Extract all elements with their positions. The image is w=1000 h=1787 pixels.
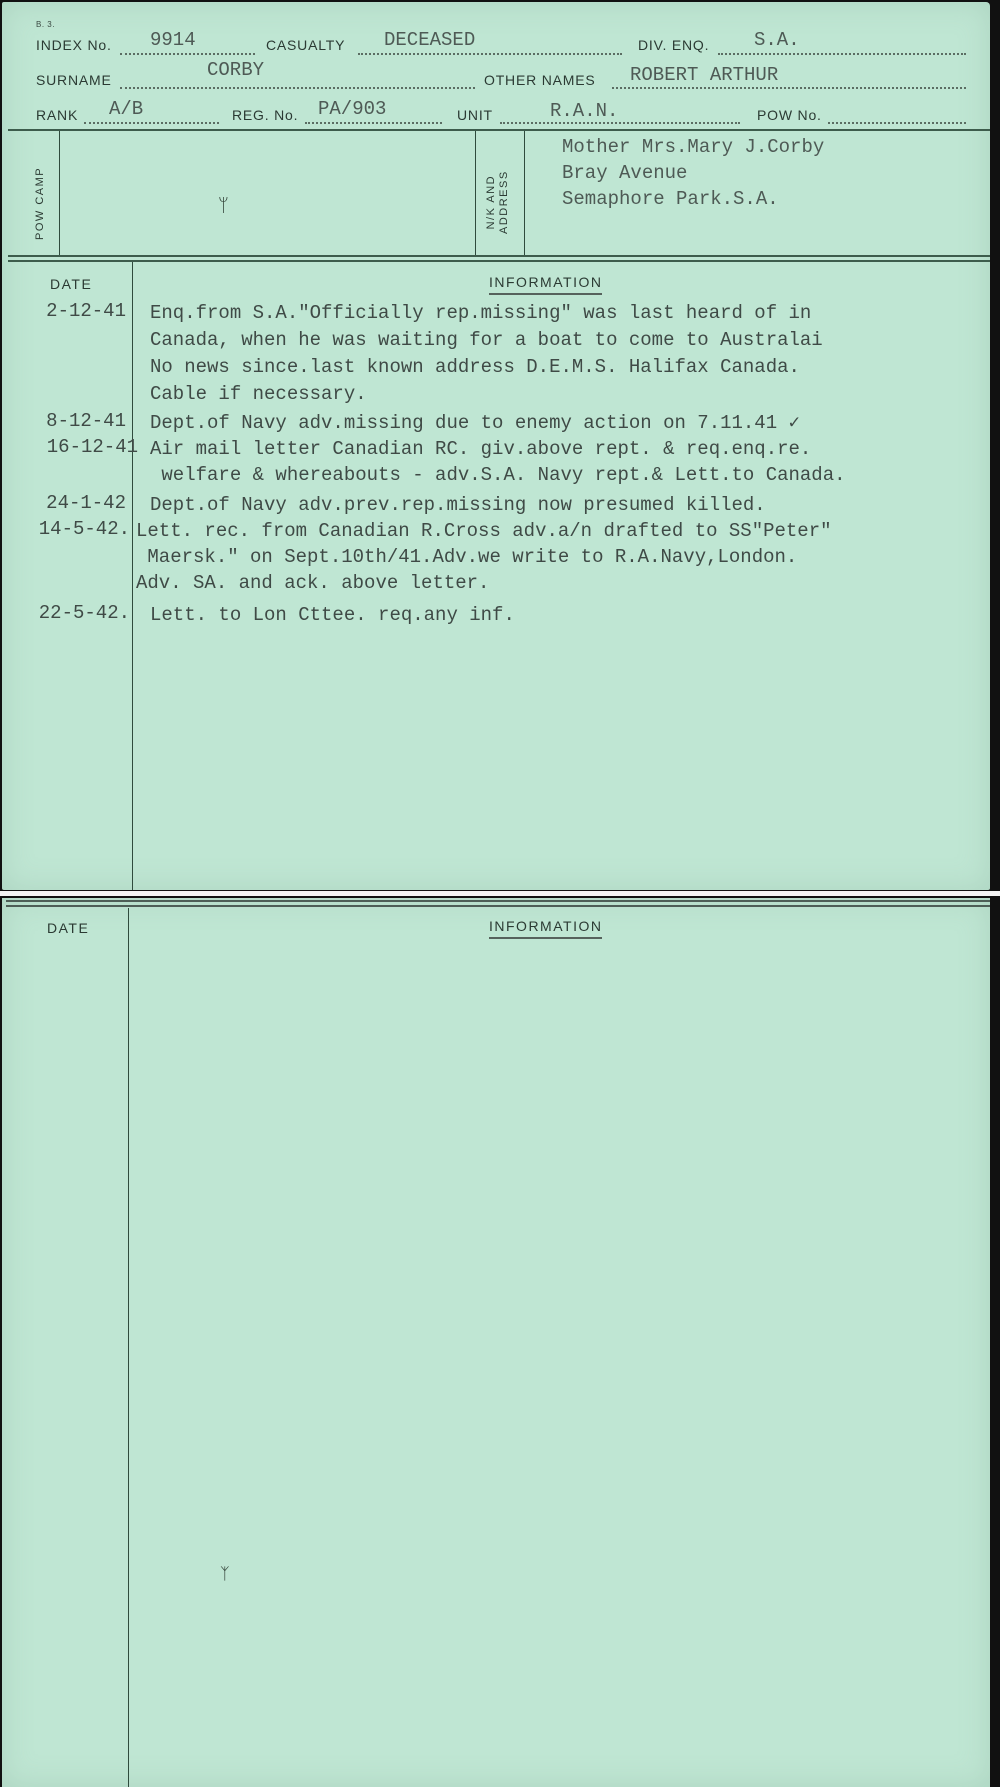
log-line: Lett. to Lon Cttee. req.any inf. [150,602,515,628]
reg-no-dotline [305,121,442,124]
index-no-label: INDEX No. [36,37,112,53]
pow-camp-label: POW CAMP [34,167,47,240]
rank-label: RANK [36,107,78,123]
reg-no-label: REG. No. [232,107,298,123]
pow-no-dotline [828,121,966,124]
rule-box-bottom-1 [8,255,990,257]
index-no-value: 9914 [150,29,196,51]
back-date-column-divider [128,908,129,1787]
ink-mark: ᛉ [220,1566,230,1584]
div-enq-dotline [718,52,966,55]
unit-value: R.A.N. [550,100,618,122]
surname-dotline [120,86,475,89]
rank-value: A/B [109,98,143,120]
log-line: welfare & whereabouts - adv.S.A. Navy re… [150,462,846,488]
nok-label-line1: N/K AND [485,170,498,234]
other-names-dotline [612,86,966,89]
date-column-divider [132,262,133,890]
nok-divider-right [524,131,525,255]
rule-top-box [8,129,990,131]
unit-dotline [500,121,740,124]
log-line: Maersk." on Sept.10th/41.Adv.we write to… [136,544,797,570]
log-date: 2-12-41 [2,300,126,322]
log-line: Cable if necessary. [150,381,367,407]
rank-dotline [84,121,219,124]
rule-box-bottom-2 [8,260,990,262]
back-information-header: INFORMATION [489,918,602,939]
nok-label: N/K AND ADDRESS [485,170,511,234]
log-line: No news since.last known address D.E.M.S… [150,354,800,380]
reg-no-value: PA/903 [318,98,386,120]
index-card-back: DATE INFORMATION ᛉ [2,898,990,1787]
index-card-front: B. 3. INDEX No. 9914 CASUALTY DECEASED D… [2,2,990,890]
log-line: Dept.of Navy adv.prev.rep.missing now pr… [150,492,766,518]
log-date: 8-12-41 [2,410,126,432]
date-header: DATE [50,276,92,292]
log-date: 16-12-41 [2,436,138,458]
casualty-dotline [358,52,622,55]
card-separator [0,891,1000,896]
pow-no-label: POW No. [757,107,822,123]
surname-label: SURNAME [36,72,112,88]
div-enq-label: DIV. ENQ. [638,37,709,53]
casualty-label: CASUALTY [266,37,345,53]
nok-line-1: Mother Mrs.Mary J.Corby [562,136,824,158]
nok-line-3: Semaphore Park.S.A. [562,188,779,210]
log-date: 14-5-42. [2,518,130,540]
back-rule-top-2 [6,905,990,907]
log-date: 22-5-42. [2,602,130,624]
log-line: Enq.from S.A."Officially rep.missing" wa… [150,300,811,326]
log-line: Dept.of Navy adv.missing due to enemy ac… [150,410,800,436]
log-line: Canada, when he was waiting for a boat t… [150,327,823,353]
nok-divider-left [475,131,476,255]
other-names-value: ROBERT ARTHUR [630,64,778,86]
pow-camp-divider [59,131,60,255]
index-no-dotline [120,52,255,55]
casualty-value: DECEASED [384,29,475,51]
nok-line-2: Bray Avenue [562,162,687,184]
back-rule-top-1 [6,900,990,902]
log-line: Air mail letter Canadian RC. giv.above r… [150,436,811,462]
other-names-label: OTHER NAMES [484,72,595,88]
log-date: 24-1-42 [2,492,126,514]
ink-mark: ᛘ [218,195,229,216]
log-line: Adv. SA. and ack. above letter. [136,570,489,596]
div-enq-value: S.A. [754,29,800,51]
log-line: Lett. rec. from Canadian R.Cross adv.a/n… [136,518,832,544]
unit-label: UNIT [457,107,493,123]
back-date-header: DATE [47,920,89,936]
surname-value: CORBY [207,59,264,81]
information-header: INFORMATION [489,274,602,295]
form-code: B. 3. [36,20,55,29]
nok-label-line2: ADDRESS [498,170,511,234]
